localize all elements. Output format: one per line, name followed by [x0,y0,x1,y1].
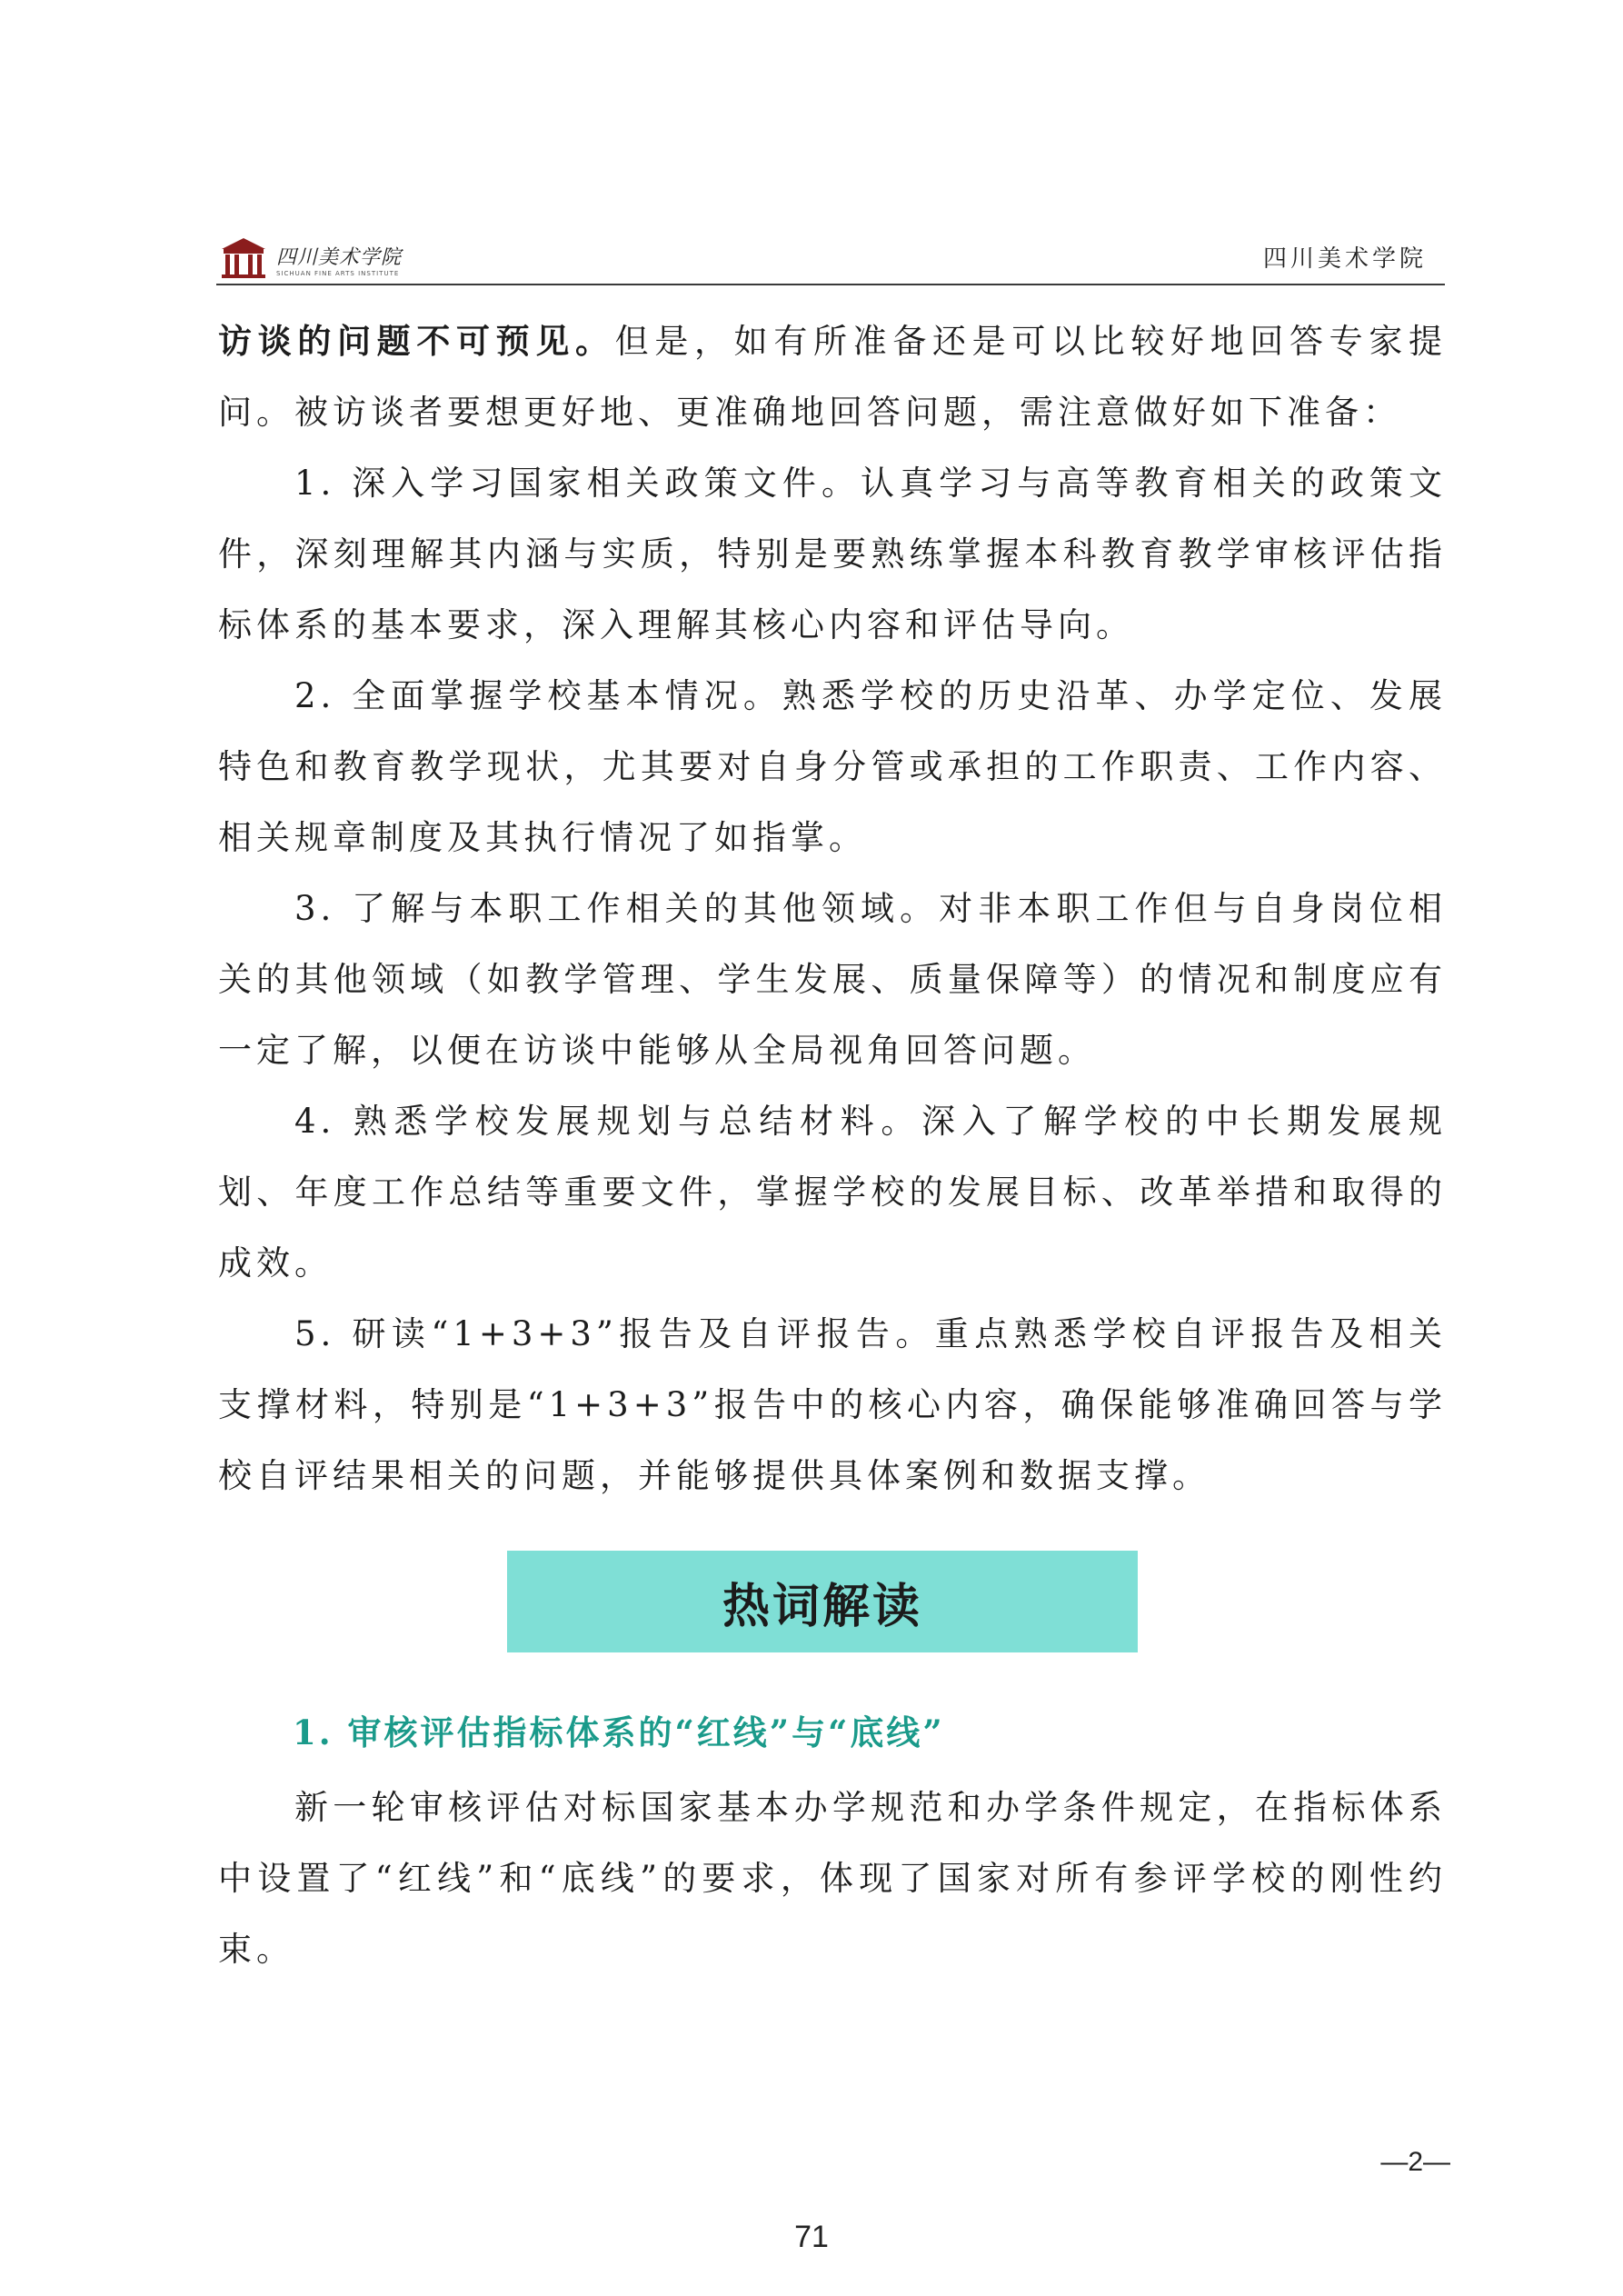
list-item: 4. 熟悉学校发展规划与总结材料。深入了解学校的中长期发展规划、年度工作总结等重… [218,1086,1447,1299]
page-mark: —2— [1380,2147,1450,2178]
hotword-body: 新一轮审核评估对标国家基本办学规范和办学条件规定，在指标体系中设置了“红线”和“… [218,1772,1447,1985]
header-school-name: 四川美术学院 [1263,240,1427,274]
section-title: 热词解读 [722,1568,922,1636]
list-item: 1. 深入学习国家相关政策文件。认真学习与高等教育相关的政策文件，深刻理解其内涵… [218,448,1447,661]
list-item: 2. 全面掌握学校基本情况。熟悉学校的历史沿革、办学定位、发展特色和教育教学现状… [218,661,1447,873]
page-number: 71 [0,2220,1623,2255]
list-item: 3. 了解与本职工作相关的其他领域。对非本职工作但与自身岗位相关的其他领域（如教… [218,873,1447,1086]
body-text: 访谈的问题不可预见。但是，如有所准备还是可以比较好地回答专家提问。被访谈者要想更… [218,305,1447,1512]
hotword-title: 1. 审核评估指标体系的“红线”与“底线” [293,1705,945,1754]
logo-name: 四川美术学院 [276,247,402,269]
intro-bold: 访谈的问题不可预见。 [218,321,615,361]
page-header: 四川美术学院 SICHUAN FINE ARTS INSTITUTE 四川美术学… [216,225,1445,285]
logo-subtitle: SICHUAN FINE ARTS INSTITUTE [276,269,402,278]
hotword-paragraph: 新一轮审核评估对标国家基本办学规范和办学条件规定，在指标体系中设置了“红线”和“… [218,1772,1447,1985]
section-banner: 热词解读 [507,1551,1138,1652]
list-item: 5. 研读“1+3+3”报告及自评报告。重点熟悉学校自评报告及相关支撑材料，特别… [218,1299,1447,1512]
school-logo: 四川美术学院 SICHUAN FINE ARTS INSTITUTE [218,233,402,278]
intro-paragraph: 访谈的问题不可预见。但是，如有所准备还是可以比较好地回答专家提问。被访谈者要想更… [218,305,1447,448]
building-logo-icon [218,236,269,278]
